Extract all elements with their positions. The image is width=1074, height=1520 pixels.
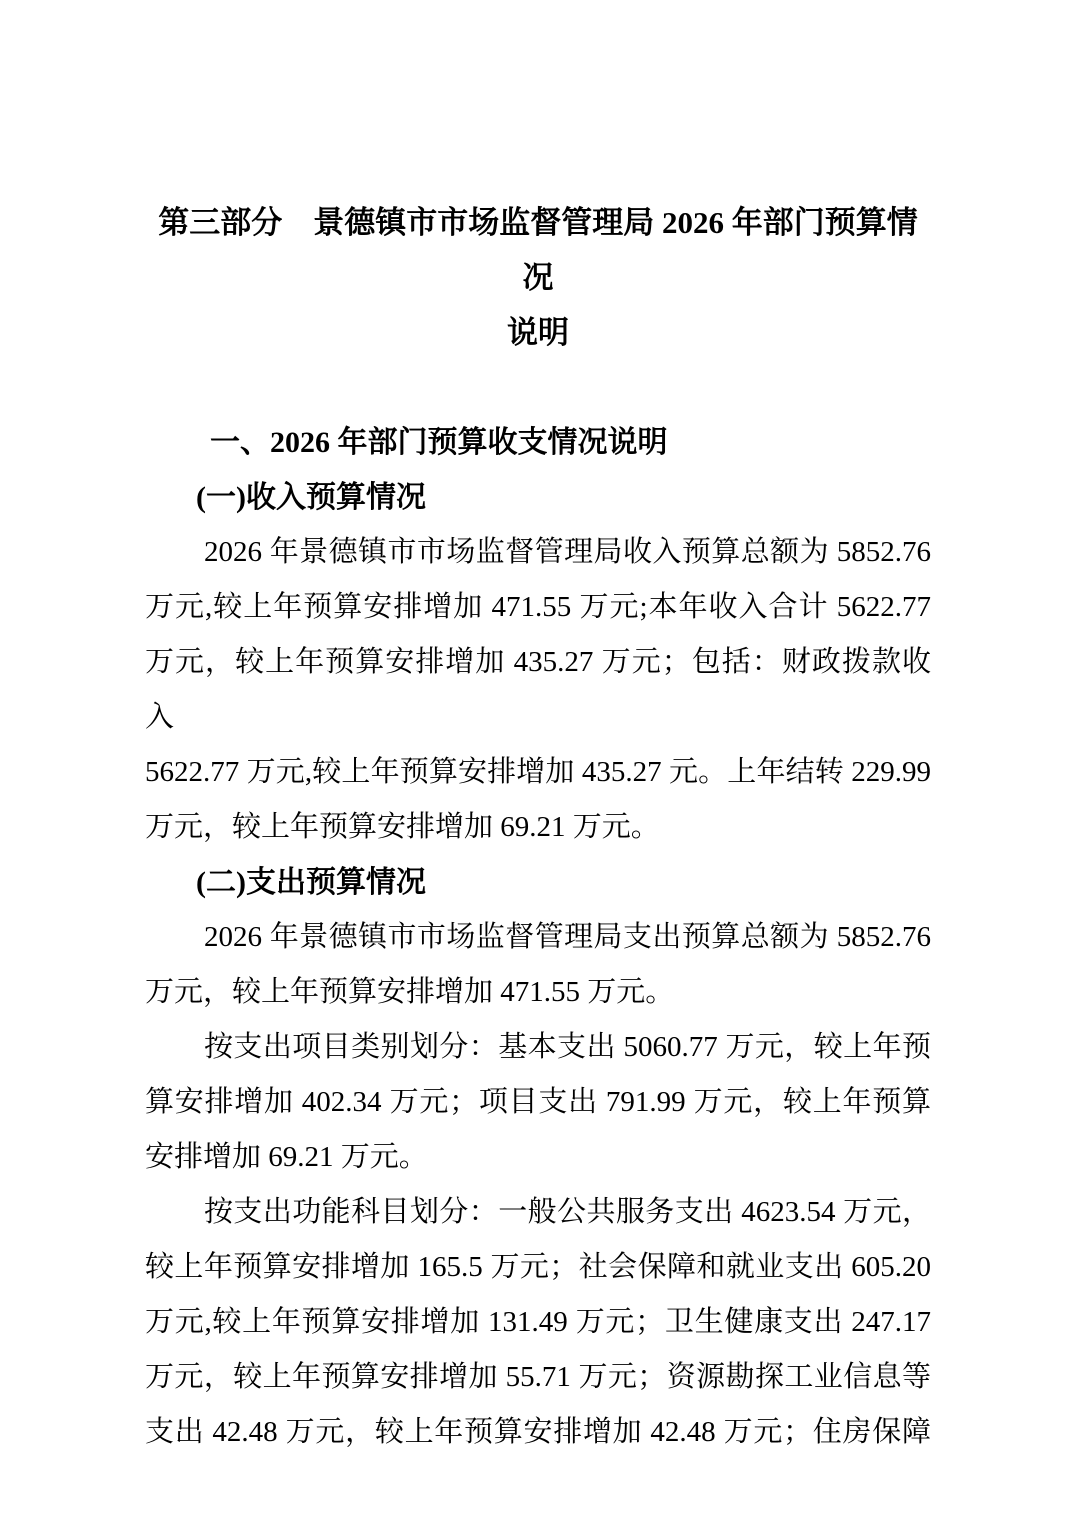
income-subheading: (一)收入预算情况 <box>145 470 931 525</box>
expenditure-paragraph3-line-1: 按支出功能科目划分：一般公共服务支出 4623.54 万元， <box>145 1185 931 1240</box>
expenditure-paragraph3-line-5: 支出 42.48 万元，较上年预算安排增加 42.48 万元；住房保障 <box>145 1405 931 1460</box>
income-paragraph-line-4: 5622.77 万元,较上年预算安排增加 435.27 元。上年结转 229.9… <box>145 745 931 800</box>
expenditure-paragraph1-line-1: 2026 年景德镇市市场监督管理局支出预算总额为 5852.76 <box>145 910 931 965</box>
income-paragraph-line-1: 2026 年景德镇市市场监督管理局收入预算总额为 5852.76 <box>145 525 931 580</box>
blank-line <box>145 360 931 415</box>
income-paragraph-line-2: 万元,较上年预算安排增加 471.55 万元;本年收入合计 5622.77 <box>145 580 931 635</box>
document-body: 第三部分 景德镇市市场监督管理局 2026 年部门预算情况 说明 一、2026 … <box>145 195 931 1460</box>
expenditure-subheading: (二)支出预算情况 <box>145 855 931 910</box>
expenditure-paragraph3-line-4: 万元，较上年预算安排增加 55.71 万元；资源勘探工业信息等 <box>145 1350 931 1405</box>
expenditure-paragraph3-line-3: 万元,较上年预算安排增加 131.49 万元；卫生健康支出 247.17 <box>145 1295 931 1350</box>
income-paragraph-line-3: 万元，较上年预算安排增加 435.27 万元；包括：财政拨款收入 <box>145 635 931 745</box>
document-title-line-1: 第三部分 景德镇市市场监督管理局 2026 年部门预算情况 <box>145 195 931 305</box>
expenditure-paragraph2-line-2: 算安排增加 402.34 万元；项目支出 791.99 万元，较上年预算 <box>145 1075 931 1130</box>
section-heading: 一、2026 年部门预算收支情况说明 <box>145 415 931 470</box>
income-paragraph-line-5: 万元，较上年预算安排增加 69.21 万元。 <box>145 800 931 855</box>
expenditure-paragraph2-line-1: 按支出项目类别划分：基本支出 5060.77 万元，较上年预 <box>145 1020 931 1075</box>
document-title-line-2: 说明 <box>145 305 931 360</box>
document-page: 第三部分 景德镇市市场监督管理局 2026 年部门预算情况 说明 一、2026 … <box>0 0 1074 1520</box>
expenditure-paragraph1-line-2: 万元，较上年预算安排增加 471.55 万元。 <box>145 965 931 1020</box>
expenditure-paragraph3-line-2: 较上年预算安排增加 165.5 万元；社会保障和就业支出 605.20 <box>145 1240 931 1295</box>
expenditure-paragraph2-line-3: 安排增加 69.21 万元。 <box>145 1130 931 1185</box>
